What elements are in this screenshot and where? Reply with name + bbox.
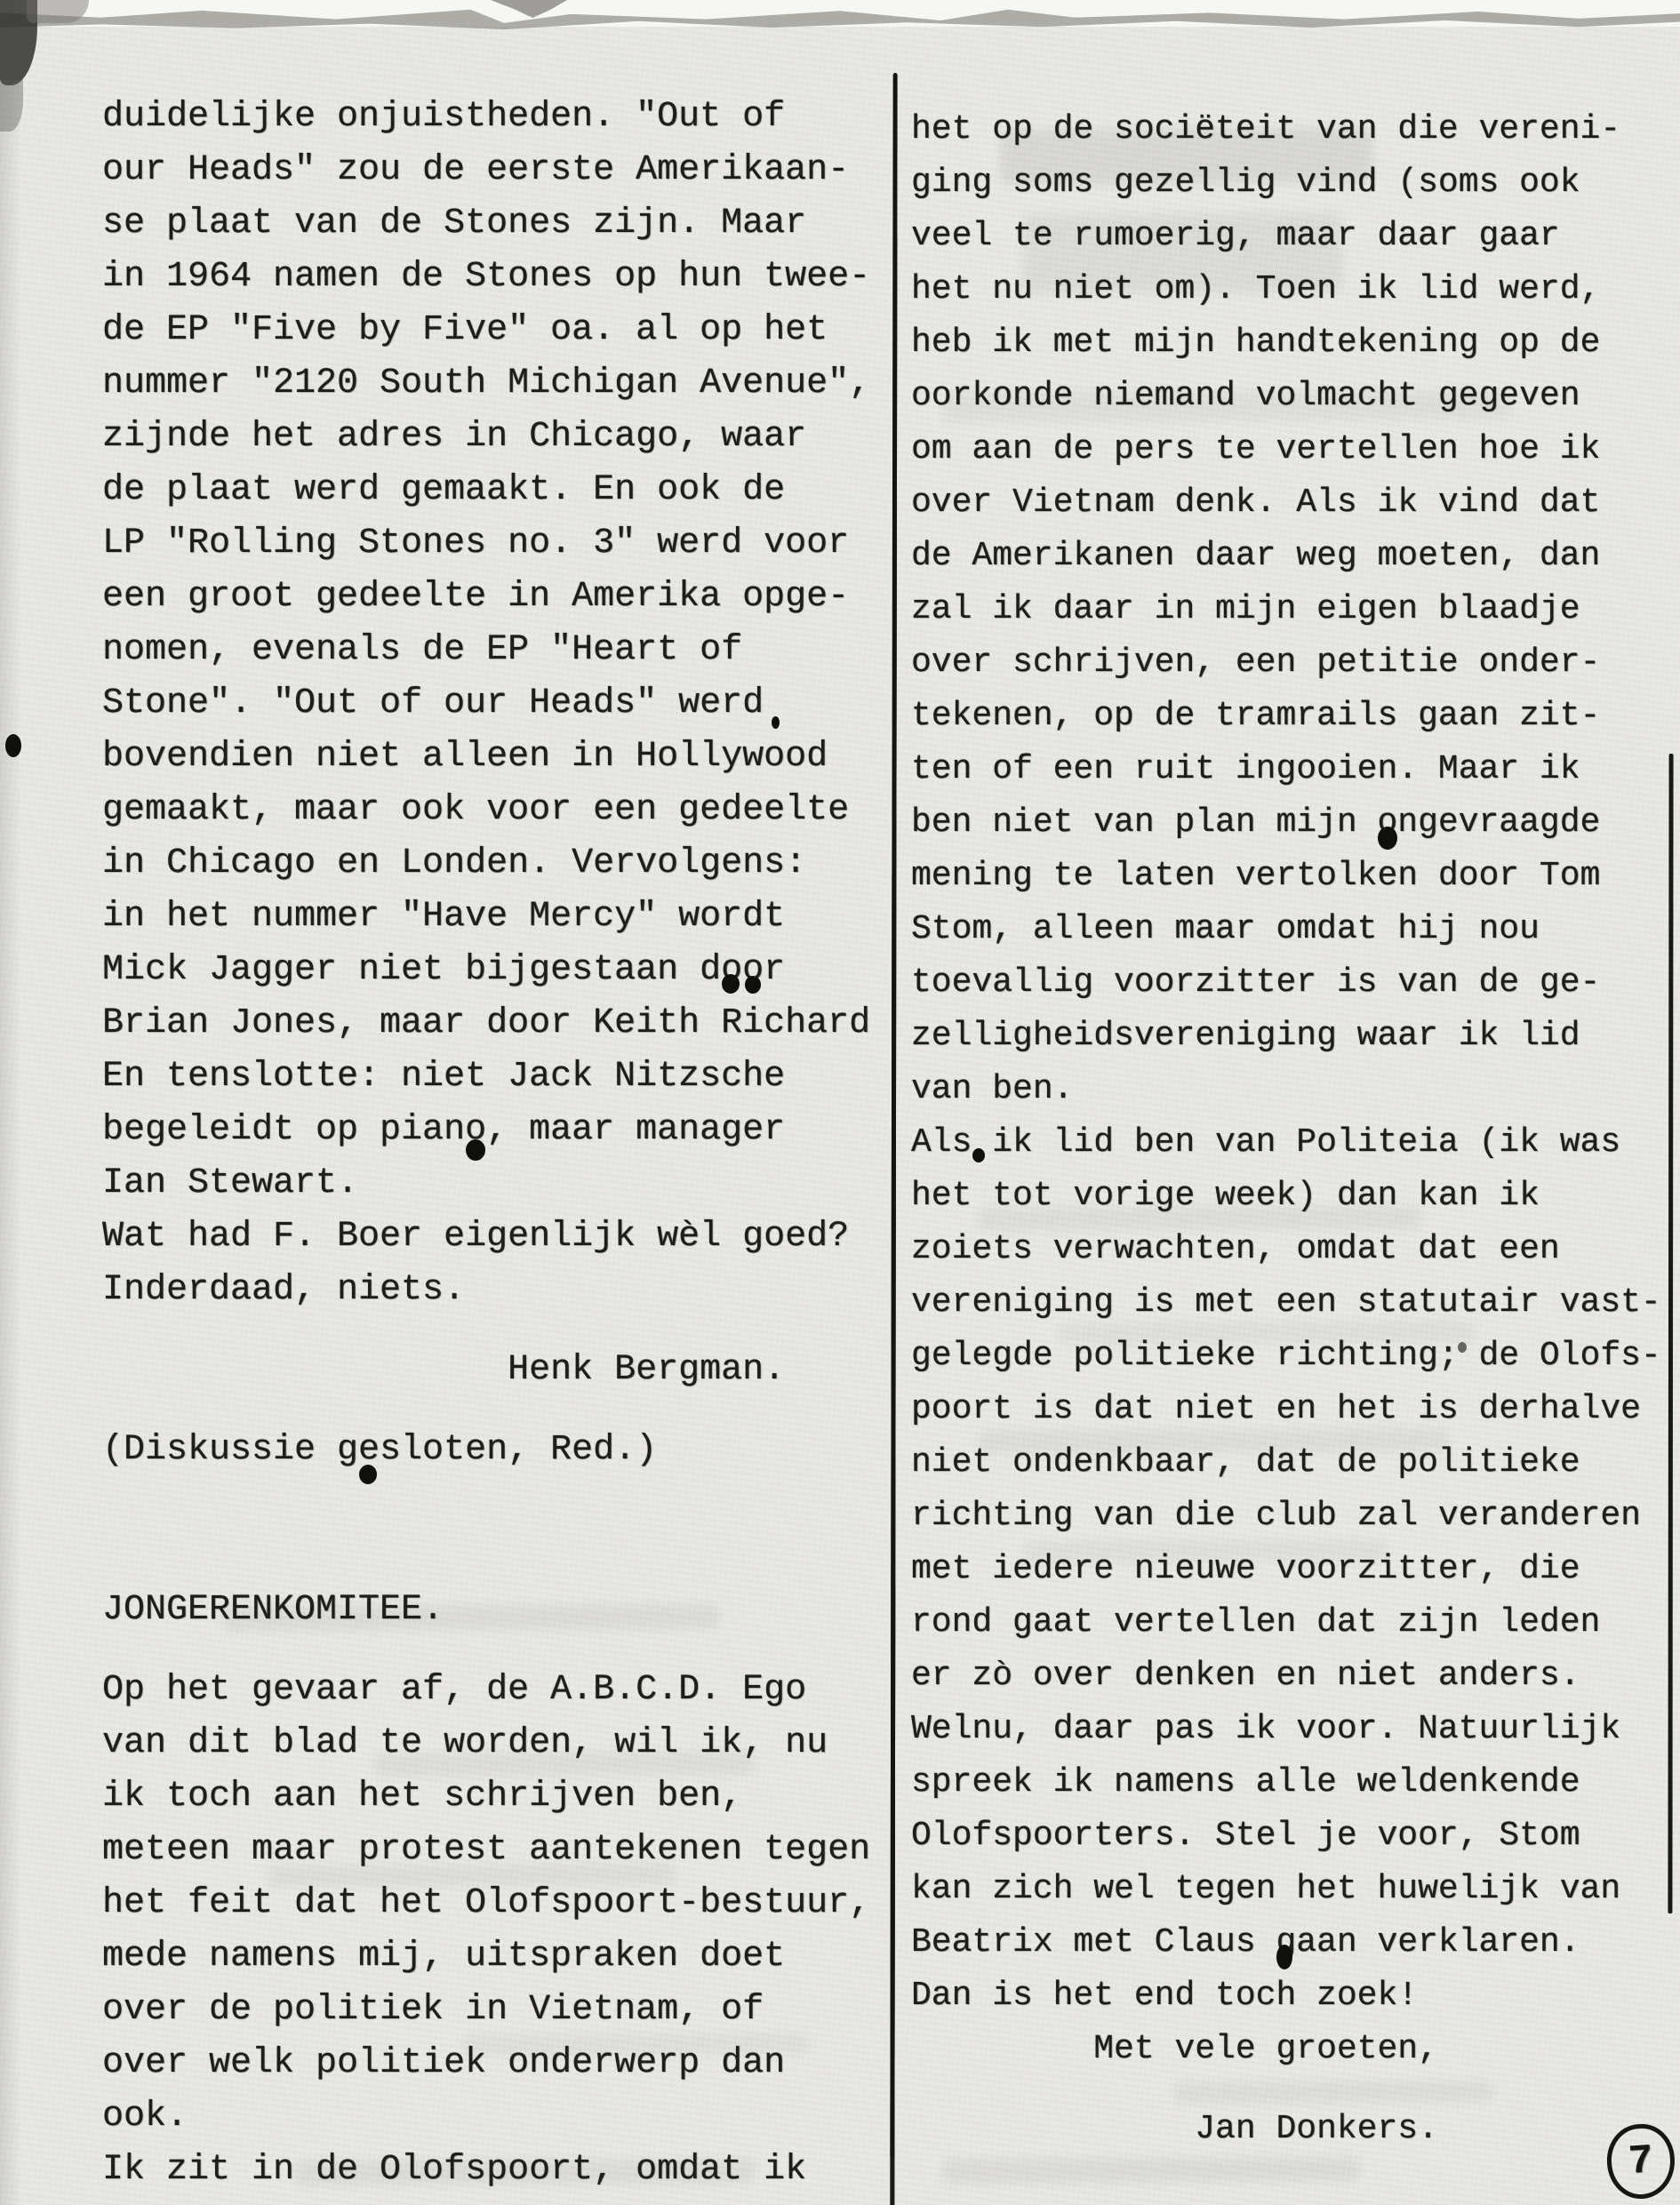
text-line: vereniging is met een statutair vast- (911, 1276, 1661, 1330)
text-line: Op het gevaar af, de A.B.C.D. Ego (102, 1664, 870, 1717)
text-line: mede namens mij, uitspraken doet (102, 1930, 870, 1984)
text-line: over schrijven, een petitie onder- (911, 636, 1661, 690)
text-line: zoiets verwachten, omdat dat een (911, 1223, 1661, 1276)
text-line: de plaat werd gemaakt. En ook de (102, 464, 870, 517)
text-line: tekenen, op de tramrails gaan zit- (911, 690, 1661, 743)
text-line: over welk politiek onderwerp dan (102, 2037, 870, 2090)
text-line: our Heads" zou de eerste Amerikaan- (102, 144, 870, 197)
text-line: meteen maar protest aantekenen tegen (102, 1824, 870, 1877)
right-column: het op de sociëteit van die vereni-ging … (911, 103, 1661, 2156)
text-line: ten of een ruit ingooien. Maar ik (911, 743, 1661, 796)
ink-speck (359, 1465, 377, 1484)
corner-stain (0, 80, 23, 132)
text-line: Welnu, daar pas ik voor. Natuurlijk (911, 1703, 1661, 1756)
text-line: bovendien niet alleen in Hollywood (102, 731, 870, 784)
text-line: begeleidt op piano, maar manager (102, 1104, 870, 1157)
left-edge-shadow (0, 0, 21, 2205)
text-line: JONGERENKOMITEE. (102, 1584, 870, 1637)
text-line: rond gaat vertellen dat zijn leden (911, 1596, 1661, 1650)
ink-speck (1458, 1342, 1467, 1353)
text-line: Wat had F. Boer eigenlijk wèl goed? (102, 1210, 870, 1264)
text-line: zijnde het adres in Chicago, waar (102, 411, 870, 464)
text-line: (Diskussie gesloten, Red.) (102, 1424, 870, 1477)
text-line: kan zich wel tegen het huwelijk van (911, 1863, 1661, 1916)
text-line: richting van die club zal veranderen (911, 1490, 1661, 1543)
text-line: zal ik daar in mijn eigen blaadje (911, 583, 1661, 636)
text-line: ook. (102, 2090, 870, 2144)
text-line: ik toch aan het schrijven ben, (102, 1770, 870, 1824)
text-line: van dit blad te worden, wil ik, nu (102, 1717, 870, 1770)
text-line: de EP "Five by Five" oa. al op het (102, 304, 870, 357)
ink-speck (722, 974, 740, 994)
text-line: de Amerikanen daar weg moeten, dan (911, 530, 1661, 583)
text-line: nummer "2120 South Michigan Avenue", (102, 357, 870, 411)
text-line: gelegde politieke richting; de Olofs- (911, 1330, 1661, 1383)
text-line: zelligheidsvereniging waar ik lid (911, 1010, 1661, 1063)
text-line: Ian Stewart. (102, 1157, 870, 1210)
text-line: met iedere nieuwe voorzitter, die (911, 1543, 1661, 1596)
ink-speck (5, 734, 21, 757)
column-divider-line (890, 73, 897, 2158)
text-line: nomen, evenals de EP "Heart of (102, 624, 870, 677)
text-line: niet ondenkbaar, dat de politieke (911, 1436, 1661, 1490)
text-line: Als ik lid ben van Politeia (ik was (911, 1116, 1661, 1170)
text-line: Inderdaad, niets. (102, 1264, 870, 1317)
text-line: poort is dat niet en het is derhalve (911, 1383, 1661, 1436)
text-line: het tot vorige week) dan kan ik (911, 1170, 1661, 1223)
text-line: toevallig voorzitter is van de ge- (911, 956, 1661, 1010)
text-line: se plaat van de Stones zijn. Maar (102, 197, 870, 251)
text-line: van ben. (911, 1063, 1661, 1116)
text-line: er zò over denken en niet anders. (911, 1650, 1661, 1703)
text-line: in het nummer "Have Mercy" wordt (102, 891, 870, 944)
text-line: Stom, alleen maar omdat hij nou (911, 903, 1661, 956)
text-line: Met vele groeten, (911, 2023, 1661, 2076)
text-line: ging soms gezellig vind (soms ook (911, 156, 1661, 210)
text-line: mening te laten vertolken door Tom (911, 850, 1661, 903)
ink-speck (1378, 827, 1397, 850)
text-line: LP "Rolling Stones no. 3" werd voor (102, 517, 870, 571)
right-edge-line (1668, 754, 1673, 1913)
ink-speck (1276, 1945, 1292, 1969)
text-line: Olofspoorters. Stel je voor, Stom (911, 1810, 1661, 1863)
text-line: veel te rumoerig, maar daar gaar (911, 210, 1661, 263)
text-line: een groot gedeelte in Amerika opge- (102, 571, 870, 624)
text-line: Brian Jones, maar door Keith Richard (102, 997, 870, 1051)
text-line: over de politiek in Vietnam, of (102, 1984, 870, 2037)
text-line: in Chicago en Londen. Vervolgens: (102, 837, 870, 891)
text-line: duidelijke onjuistheden. "Out of (102, 91, 870, 144)
text-line: het op de sociëteit van die vereni- (911, 103, 1661, 156)
text-line: oorkonde niemand volmacht gegeven (911, 370, 1661, 423)
text-line: gemaakt, maar ook voor een gedeelte (102, 784, 870, 837)
text-line: Ik zit in de Olofspoort, omdat ik (102, 2144, 870, 2197)
page-number: 7 (1627, 2137, 1654, 2185)
text-line: Dan is het end toch zoek! (911, 1969, 1661, 2023)
ink-speck (745, 976, 761, 994)
text-line: het feit dat het Olofspoort-bestuur, (102, 1877, 870, 1930)
text-line: En tenslotte: niet Jack Nitzsche (102, 1051, 870, 1104)
text-line: het nu niet om). Toen ik lid werd, (911, 263, 1661, 316)
text-line: spreek ik namens alle weldenkende (911, 1756, 1661, 1810)
ink-speck (466, 1139, 485, 1161)
text-line: ben niet van plan mijn ongevraagde (911, 796, 1661, 850)
text-line: over Vietnam denk. Als ik vind dat (911, 476, 1661, 530)
left-column: duidelijke onjuistheden. "Out ofour Head… (102, 91, 870, 2197)
bleedthrough-ghost (942, 2157, 1360, 2184)
text-line: Stone". "Out of our Heads" werd (102, 677, 870, 731)
text-line: in 1964 namen de Stones op hun twee- (102, 251, 870, 304)
text-line: Jan Donkers. (911, 2103, 1661, 2156)
text-line: om aan de pers te vertellen hoe ik (911, 423, 1661, 476)
text-line: heb ik met mijn handtekening op de (911, 316, 1661, 370)
text-line: Henk Bergman. (102, 1344, 870, 1397)
ink-speck (772, 716, 780, 729)
ink-speck (972, 1148, 985, 1162)
